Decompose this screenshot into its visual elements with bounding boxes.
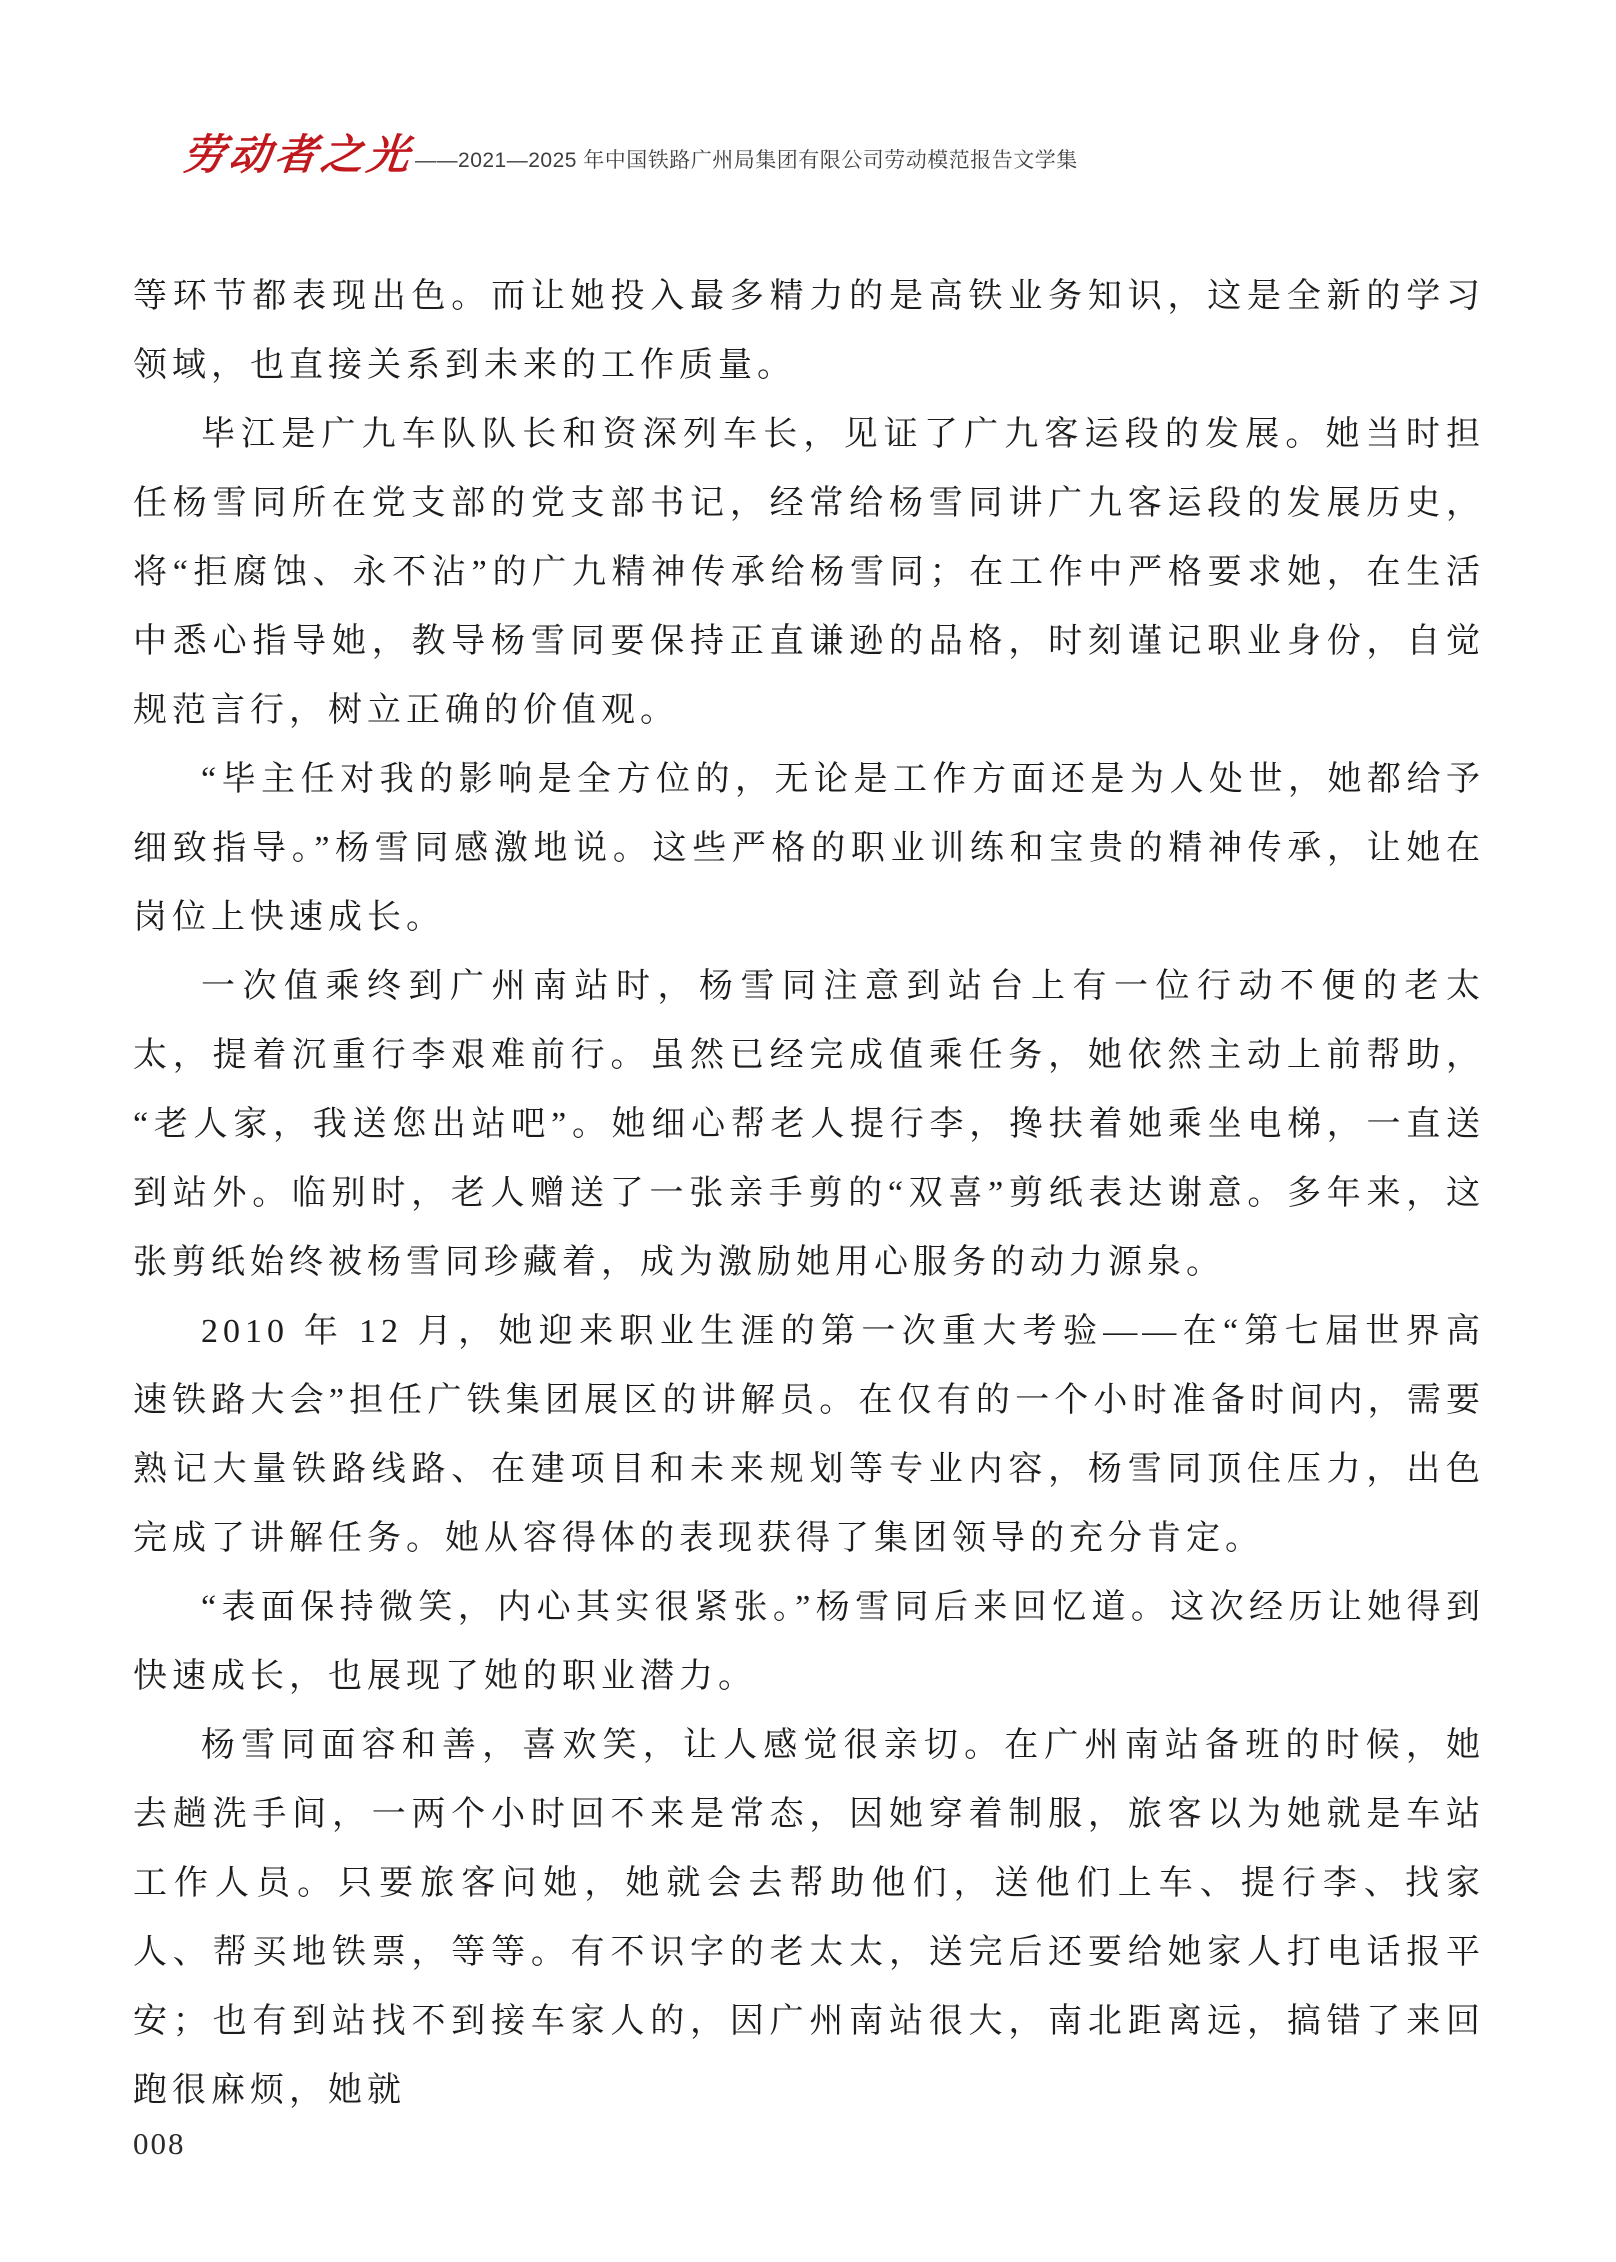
paragraph: “表面保持微笑，内心其实很紧张。”杨雪同后来回忆道。这次经历让她得到快速成长，也… [133, 1573, 1485, 1711]
paragraph: 2010 年 12 月，她迎来职业生涯的第一次重大考验——在“第七届世界高速铁路… [133, 1297, 1485, 1573]
series-logo-calligraphy: 劳动者之光 [181, 132, 416, 178]
paragraph-continuation: 等环节都表现出色。而让她投入最多精力的是高铁业务知识，这是全新的学习领域，也直接… [133, 262, 1485, 400]
paragraph: “毕主任对我的影响是全方位的，无论是工作方面还是为人处世，她都给予细致指导。”杨… [133, 745, 1485, 952]
paragraph: 毕江是广九车队队长和资深列车长，见证了广九客运段的发展。她当时担任杨雪同所在党支… [133, 400, 1485, 745]
series-subtitle: ——2021—2025 年中国铁路广州局集团有限公司劳动模范报告文学集 [415, 150, 1078, 178]
page-number: 008 [133, 2126, 186, 2162]
paragraph: 一次值乘终到广州南站时，杨雪同注意到站台上有一位行动不便的老太太，提着沉重行李艰… [133, 952, 1485, 1297]
running-header: 劳动者之光 ——2021—2025 年中国铁路广州局集团有限公司劳动模范报告文学… [183, 132, 1078, 178]
book-page: 劳动者之光 ——2021—2025 年中国铁路广州局集团有限公司劳动模范报告文学… [0, 0, 1616, 2262]
article-body: 等环节都表现出色。而让她投入最多精力的是高铁业务知识，这是全新的学习领域，也直接… [133, 262, 1485, 2125]
paragraph: 杨雪同面容和善，喜欢笑，让人感觉很亲切。在广州南站备班的时候，她去趟洗手间，一两… [133, 1711, 1485, 2125]
